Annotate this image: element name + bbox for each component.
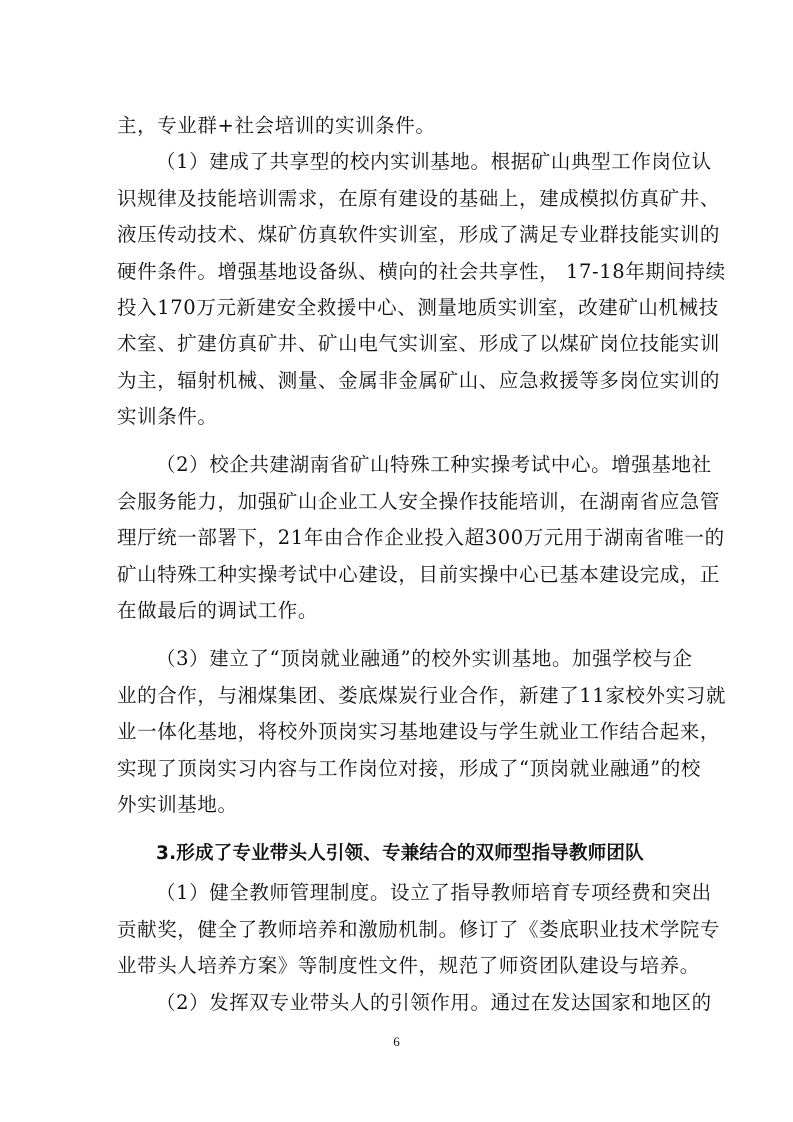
document-page: 主，专业群+社会培训的实训条件。 （1）建成了共享型的校内实训基地。根据矿山典型… <box>0 0 793 1122</box>
paragraph-line: 矿山特殊工种实操考试中心建设，目前实操中心已基本建设完成，正 <box>117 562 677 588</box>
paragraph-line: 投入170万元新建安全救援中心、测量地质实训室，改建矿山机械技 <box>117 295 677 321</box>
paragraph-line: 主，专业群+社会培训的实训条件。 <box>117 113 677 139</box>
page-number: 6 <box>0 1034 793 1050</box>
paragraph-line: 实训条件。 <box>117 404 677 430</box>
paragraph-line: 业的合作，与湘煤集团、娄底煤炭行业合作，新建了11家校外实习就 <box>117 683 677 709</box>
paragraph-line: 理厅统一部署下，21年由合作企业投入超300万元用于湖南省唯一的 <box>117 525 677 551</box>
paragraph-line: 识规律及技能培训需求，在原有建设的基础上，建成模拟仿真矿井、 <box>117 186 677 212</box>
paragraph-line: （2）校企共建湖南省矿山特殊工种实操考试中心。增强基地社 <box>156 452 677 478</box>
paragraph-line: （2）发挥双专业带头人的引领作用。通过在发达国家和地区的 <box>156 990 677 1016</box>
paragraph-line: 在做最后的调试工作。 <box>117 598 677 624</box>
paragraph-line: 外实训基地。 <box>117 792 677 818</box>
paragraph-line: （1）健全教师管理制度。设立了指导教师培育专项经费和突出 <box>156 880 677 906</box>
paragraph-line: 为主，辐射机械、测量、金属非金属矿山、应急救援等多岗位实训的 <box>117 368 677 394</box>
paragraph-line: 业带头人培养方案》等制度性文件，规范了师资团队建设与培养。 <box>117 953 677 979</box>
paragraph-line: 术室、扩建仿真矿井、矿山电气实训室、形成了以煤矿岗位技能实训 <box>117 331 677 357</box>
paragraph-line: 贡献奖，健全了教师培养和激励机制。修订了《娄底职业技术学院专 <box>117 917 677 943</box>
section-heading: 3.形成了专业带头人引领、专兼结合的双师型指导教师团队 <box>156 840 677 868</box>
paragraph-line: 业一体化基地，将校外顶岗实习基地建设与学生就业工作结合起来， <box>117 719 677 745</box>
paragraph-line: （1）建成了共享型的校内实训基地。根据矿山典型工作岗位认 <box>156 149 677 175</box>
paragraph-line: 硬件条件。增强基地设备纵、横向的社会共享性， 17-18年期间持续 <box>117 259 677 285</box>
paragraph-line: 会服务能力，加强矿山企业工人安全操作技能培训，在湖南省应急管 <box>117 489 677 515</box>
paragraph-line: 液压传动技术、煤矿仿真软件实训室，形成了满足专业群技能实训的 <box>117 222 677 248</box>
paragraph-line: 实现了顶岗实习内容与工作岗位对接，形成了“顶岗就业融通”的校 <box>117 756 677 782</box>
paragraph-line: （3）建立了“顶岗就业融通”的校外实训基地。加强学校与企 <box>156 646 677 672</box>
